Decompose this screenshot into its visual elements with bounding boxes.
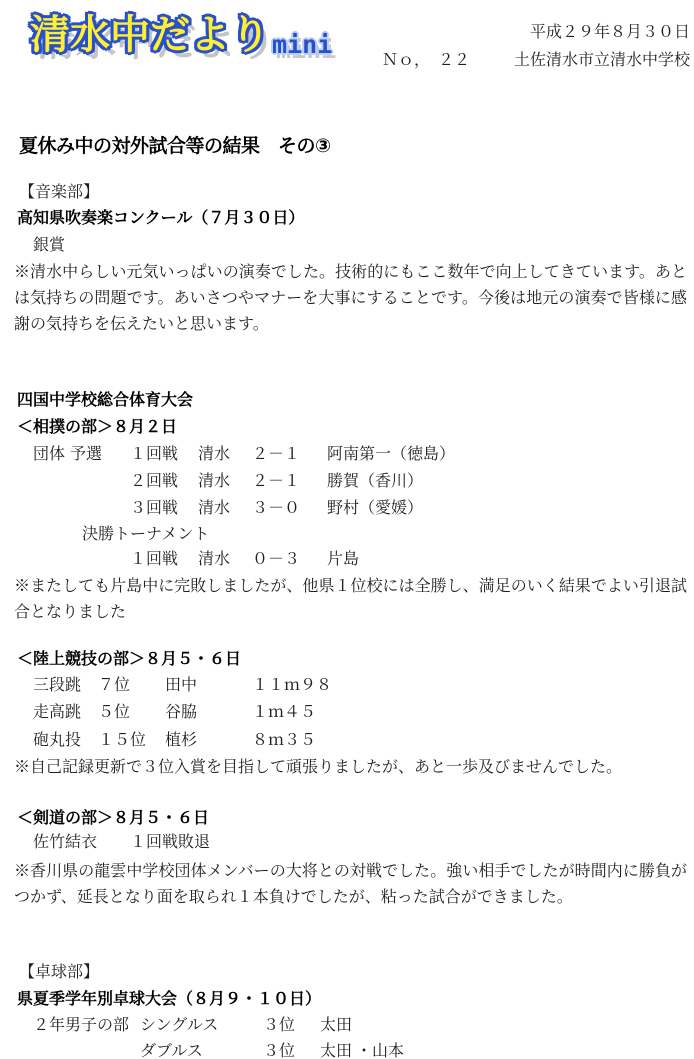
athletics-row: 走高跳 ５位 谷脇 １ｍ４５	[0, 703, 694, 725]
tabletennis-match-type: ダブルス	[140, 1042, 203, 1059]
athletics-rank: ７位	[98, 676, 130, 695]
athletics-event: 砲丸投	[33, 731, 81, 750]
tabletennis-row: ２年男子の部 シングルス ３位 太田	[0, 1016, 694, 1038]
tabletennis-category: ２年男子の部	[33, 1016, 129, 1035]
issue-date: 平成２９年８月３０日	[530, 23, 690, 42]
sumo-comment: ※またしても片島中に完敗しましたが、他県１位校には全勝し、満足のいく結果でよい引…	[14, 574, 687, 626]
sumo-score: ３－０	[252, 499, 300, 518]
athletics-comment: ※自己記録更新で３位入賞を目指して頑張りましたが、あと一歩及びませんでした。	[14, 758, 622, 777]
athletics-event: 三段跳	[33, 676, 81, 695]
newsletter-logo-text: 清水中だより	[30, 13, 270, 57]
tabletennis-rank: ３位	[263, 1042, 295, 1059]
kendo-row: 佐竹結衣 １回戦敗退	[0, 833, 694, 855]
sumo-team: 清水	[198, 499, 230, 518]
music-comment: ※清水中らしい元気いっぱいの演奏でした。技術的にもここ数年で向上してきています。…	[14, 260, 687, 338]
sumo-team: 清水	[198, 472, 230, 491]
music-result: 銀賞	[33, 236, 65, 255]
sumo-final-row: １回戦 清水 ０－３ 片島	[0, 550, 694, 572]
page-title: 夏休み中の対外試合等の結果 その③	[19, 131, 331, 158]
music-section-heading: 【音楽部】	[19, 183, 99, 202]
tabletennis-player-names: 太田 ・山本	[320, 1042, 404, 1059]
athletics-athlete-name: 田中	[165, 676, 197, 695]
issue-number: Ｎｏ， ２２	[382, 51, 470, 70]
sumo-round: １回戦	[130, 550, 178, 569]
athletics-event: 走高跳	[33, 703, 81, 722]
school-name: 土佐清水市立清水中学校	[514, 51, 690, 70]
sumo-round: １回戦	[130, 445, 178, 464]
sumo-row: ２回戦 清水 ２－１ 勝賀（香川）	[0, 472, 694, 494]
athletics-rank: １５位	[98, 731, 146, 750]
sumo-score: ２－１	[252, 445, 300, 464]
athletics-row: 砲丸投 １５位 植杉 ８ｍ３５	[0, 731, 694, 753]
athletics-record: １ｍ４５	[252, 703, 316, 722]
sumo-round: ２回戦	[130, 472, 178, 491]
newsletter-logo-mini-text: mini	[272, 31, 332, 59]
tabletennis-match-type: シングルス	[140, 1016, 218, 1035]
newsletter-page: 清水中だより mini 平成２９年８月３０日 Ｎｏ， ２２ 土佐清水市立清水中学…	[0, 0, 694, 1059]
athletics-record: １１ｍ９８	[252, 676, 332, 695]
sumo-stage-label: 予選	[70, 445, 102, 464]
athletics-row: 三段跳 ７位 田中 １１ｍ９８	[0, 676, 694, 698]
sumo-heading: ＜相撲の部＞８月２日	[17, 418, 177, 437]
tabletennis-rank: ３位	[263, 1016, 295, 1035]
sumo-team-label: 団体	[33, 445, 65, 464]
sumo-round: ３回戦	[130, 499, 178, 518]
athletics-rank: ５位	[98, 703, 130, 722]
sumo-team: 清水	[198, 550, 230, 569]
tabletennis-player-names: 太田	[320, 1016, 352, 1035]
tabletennis-section-heading: 【卓球部】	[19, 963, 99, 982]
sumo-final-stage-label: 決勝トーナメント	[82, 525, 209, 544]
kendo-heading: ＜剣道の部＞８月５・６日	[17, 809, 209, 828]
music-event-title: 高知県吹奏楽コンクール（７月３０日）	[17, 209, 304, 228]
kendo-result: １回戦敗退	[130, 833, 210, 852]
tabletennis-row: ダブルス ３位 太田 ・山本	[0, 1042, 694, 1059]
sumo-score: ２－１	[252, 472, 300, 491]
sumo-row: ３回戦 清水 ３－０ 野村（愛媛）	[0, 499, 694, 521]
sumo-opponent: 勝賀（香川）	[327, 472, 423, 491]
tabletennis-event-title: 県夏季学年別卓球大会（８月９・１０日）	[17, 990, 321, 1009]
sumo-score: ０－３	[252, 550, 300, 569]
sumo-team: 清水	[198, 445, 230, 464]
kendo-comment: ※香川県の龍雲中学校団体メンバーの大将との対戦でした。強い相手でしたが時間内に勝…	[14, 859, 687, 911]
athletics-heading: ＜陸上競技の部＞８月５・６日	[17, 650, 241, 669]
sumo-opponent: 阿南第一（徳島）	[327, 445, 455, 464]
kendo-player-name: 佐竹結衣	[33, 833, 97, 852]
athletics-record: ８ｍ３５	[252, 731, 316, 750]
athletics-athlete-name: 谷脇	[165, 703, 197, 722]
shikoku-event-title: 四国中学校総合体育大会	[17, 391, 193, 410]
sumo-row: 団体 予選 １回戦 清水 ２－１ 阿南第一（徳島）	[0, 445, 694, 467]
sumo-opponent: 野村（愛媛）	[327, 499, 423, 518]
athletics-athlete-name: 植杉	[165, 731, 197, 750]
sumo-opponent: 片島	[327, 550, 359, 569]
